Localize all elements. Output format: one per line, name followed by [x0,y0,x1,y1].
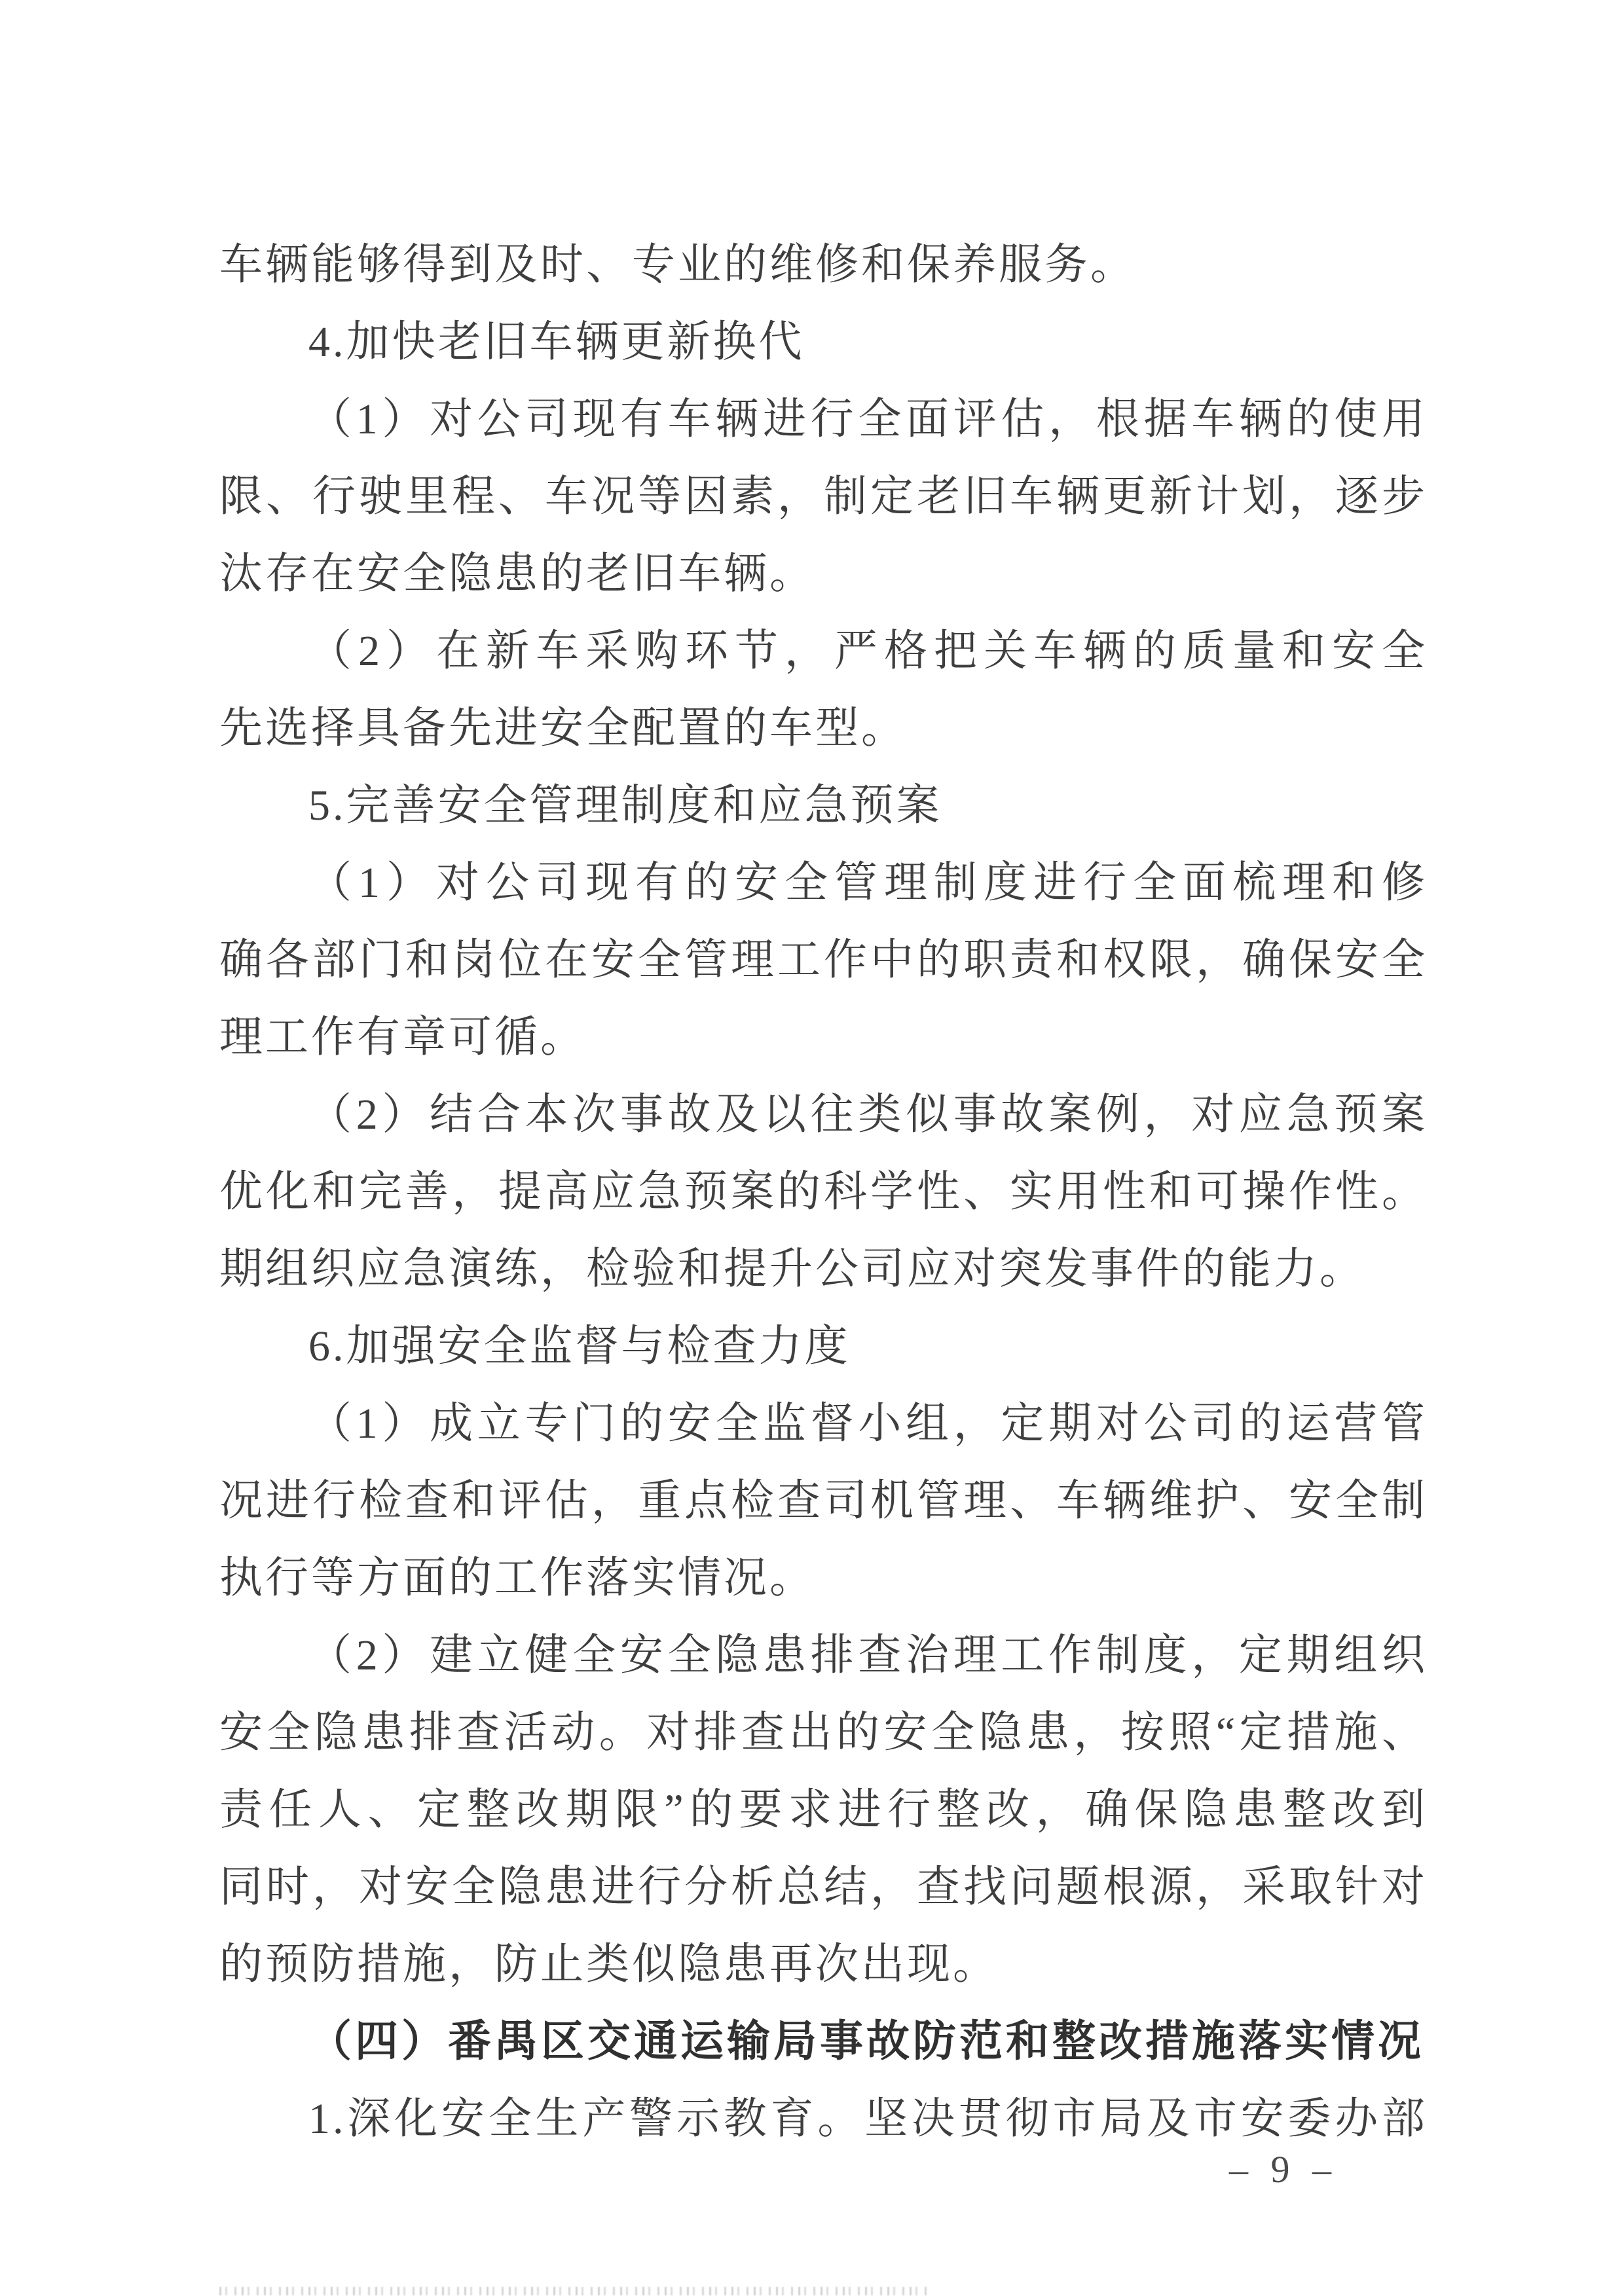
document-page: 车辆能够得到及时、专业的维修和保养服务。 4.加快老旧车辆更新换代 （1）对公司… [0,0,1624,2296]
text-line: （1）对公司现有的安全管理制度进行全面梳理和修订，明 [219,845,1428,922]
text-line: 期组织应急演练，检验和提升公司应对突发事件的能力。 [219,1231,1428,1308]
text-line: 的预防措施，防止类似隐患再次出现。 [219,1926,1428,2003]
text-line: （2）在新车采购环节，严格把关车辆的质量和安全性，优 [219,613,1428,690]
list-item-6: 6.加强安全监督与检查力度 [219,1308,1428,1385]
text-line: 汰存在安全隐患的老旧车辆。 [219,536,1428,613]
text-line: 先选择具备先进安全配置的车型。 [219,690,1428,767]
list-item-4: 4.加快老旧车辆更新换代 [219,304,1428,381]
page-number: – 9 – [1198,2133,1369,2206]
text-line: 确各部门和岗位在安全管理工作中的职责和权限，确保安全管 [219,922,1428,999]
text-line: 优化和完善，提高应急预案的科学性、实用性和可操作性。定 [219,1154,1428,1231]
text-line: （2）结合本次事故及以往类似事故案例，对应急预案进行 [219,1076,1428,1154]
document-body: 车辆能够得到及时、专业的维修和保养服务。 4.加快老旧车辆更新换代 （1）对公司… [219,227,1428,2158]
text-line: 安全隐患排查活动。对排查出的安全隐患，按照“定措施、定 [219,1694,1428,1772]
text-line: 执行等方面的工作落实情况。 [219,1540,1428,1617]
section-heading: （四）番禺区交通运输局事故防范和整改措施落实情况 [219,2003,1428,2081]
list-item-5: 5.完善安全管理制度和应急预案 [219,767,1428,845]
text-line: 车辆能够得到及时、专业的维修和保养服务。 [219,227,1428,304]
scan-artifact-strip [219,2287,927,2295]
text-line: （2）建立健全安全隐患排查治理工作制度，定期组织开展 [219,1617,1428,1694]
text-line: （1）对公司现有车辆进行全面评估，根据车辆的使用年 [219,381,1428,458]
text-line: 理工作有章可循。 [219,999,1428,1076]
text-line: 同时，对安全隐患进行分析总结，查找问题根源，采取针对性 [219,1849,1428,1926]
text-line: 限、行驶里程、车况等因素，制定老旧车辆更新计划，逐步淘 [219,458,1428,536]
text-line: 况进行检查和评估，重点检查司机管理、车辆维护、安全制度 [219,1463,1428,1540]
text-line: 责任人、定整改期限”的要求进行整改，确保隐患整改到位。 [219,1772,1428,1849]
text-line: （1）成立专门的安全监督小组，定期对公司的运营管理情 [219,1385,1428,1463]
